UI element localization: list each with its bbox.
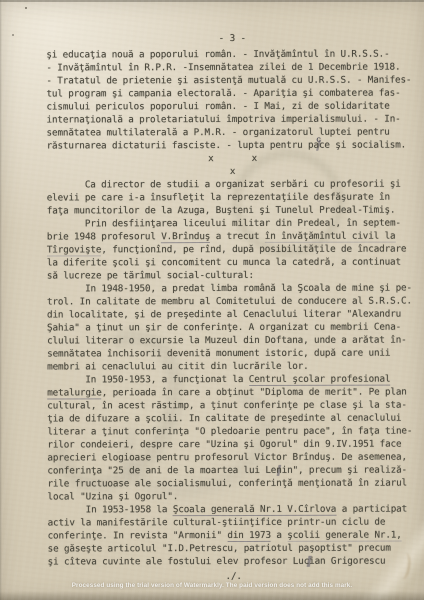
typed-text: Ca director de studii a organizat serbăr…	[47, 179, 401, 191]
hand-marked-text: pacec	[308, 140, 330, 151]
typed-text: membri ai cenaclului au citit din lucrăr…	[47, 361, 308, 373]
text-line: conferinţa "25 de ani de la moartea lui …	[47, 464, 419, 478]
text-line: trol. In calitate de membru al Comitetul…	[47, 295, 419, 309]
text-line: In 1948-1950, a predat limba română la Ş…	[47, 282, 419, 296]
scan-edge-bottom	[0, 591, 424, 600]
text-line: ţia de difuzare a şcolii. In calitate de…	[47, 412, 419, 426]
text-line: x x	[47, 152, 419, 166]
text-line: brie 1948 profesorul V.Brînduş a trecut …	[47, 230, 419, 244]
typed-text: In 1950-1953, a funcţionat la	[47, 374, 249, 386]
pencil-underlined-text: Centrul şcolar profesional	[249, 374, 391, 386]
text-line: Şahia" a ţinut un şir de conferinţe. A o…	[47, 321, 419, 335]
typed-text: semnătatea multilaterală a P.M.R. - orga…	[47, 127, 390, 139]
text-line: semnătatea multilaterală a P.M.R. - orga…	[47, 126, 419, 140]
typed-text: la diferite şcoli şi concomitent cu munc…	[47, 257, 401, 269]
typed-text: In 1948-1950, a predat limba română la Ş…	[47, 283, 412, 295]
text-line: clului literar o excursie la Muzeul din …	[47, 334, 419, 348]
text-line: Prin desfiinţarea liceului militar din P…	[47, 217, 419, 231]
typed-text: şi cîteva cuvinte ale fostului elev prof…	[48, 556, 293, 568]
typed-text: cultural, în acest răstimp, a ţinut conf…	[47, 400, 407, 412]
typed-text: a	[271, 530, 287, 541]
pencil-underlined-text: Tîrgovişte	[47, 244, 102, 256]
text-line: din localitate, şi de preşedinte al Cena…	[47, 308, 419, 322]
document-body: - 3 -şi educaţia nouă a poporului român.…	[46, 32, 419, 584]
typed-text: aprecieri elogioase pentru profesorul Vi…	[47, 452, 407, 464]
typed-text: In 1953-1958 la	[48, 504, 173, 515]
text-line: conferinţe. In revista "Armonii" din 197…	[48, 529, 420, 543]
text-line: membri ai cenaclului au citit din lucrăr…	[47, 360, 419, 374]
typed-text: Prin desfiinţarea liceului militar din P…	[47, 218, 401, 230]
text-line: - Invăţămîntul în R.P.R. -Insemnătatea z…	[46, 61, 418, 75]
paragraph-6: In 1953-1958 la Şcoala generală Nr.1 V.C…	[48, 503, 420, 569]
paragraph-4: In 1948-1950, a predat limba română la Ş…	[47, 282, 419, 374]
text-line: literar a ţinut conferinţa "O pledoarie …	[47, 425, 419, 439]
text-line: răsturnarea dictaturii fasciste. - lupta…	[47, 139, 419, 153]
text-line: semnătatea închisorii devenită monument …	[47, 347, 419, 361]
text-line: şi educaţia nouă a poporului român. - In…	[46, 48, 418, 62]
typed-text: ", precum şi realiză-	[293, 465, 407, 476]
text-line: x	[47, 165, 419, 179]
typed-text: şi educaţia nouă a poporului român. - In…	[46, 49, 389, 61]
typed-text: a trecut	[210, 231, 265, 242]
pencil-underlined-text: V.Brînduş	[161, 231, 210, 243]
ink-dot-2	[12, 34, 14, 36]
typed-text: din localitate, şi de preşedinte al Cena…	[47, 309, 401, 321]
hand-marked-text: Lenin	[265, 465, 292, 476]
scan-edge-left	[0, 0, 2, 600]
typed-text: elevii pe care i-a însufleţit la repreze…	[47, 192, 390, 204]
text-line: aprecieri elogioase pentru profesorul Vi…	[47, 451, 419, 465]
typed-text: rilor condeieri, despre care "Uzina şi O…	[47, 439, 401, 451]
text-line: Ca director de studii a organizat serbăr…	[47, 178, 419, 192]
text-line: local "Uzina şi Ogorul".	[47, 490, 419, 504]
typed-text: se găseşte articolul "I.D.Petrescu, patr…	[48, 543, 391, 555]
typed-text: , perioada în care a obţinut "Diploma de…	[102, 387, 407, 399]
pencil-underlined-text: Şcoala generală Nr.1 V.Cîrlova	[173, 504, 336, 516]
text-line: tul program şi campania electorală. - Ap…	[46, 87, 418, 101]
text-line: - 3 -	[46, 32, 418, 46]
text-line: cismului periculos poporului român. - I …	[46, 100, 418, 114]
scanned-page: - 3 -şi educaţia nouă a poporului român.…	[0, 0, 424, 600]
scan-edge-top	[0, 0, 424, 2]
typed-text: literar a ţinut conferinţa "O pledoarie …	[47, 426, 412, 438]
text-line: cultural, în acest răstimp, a ţinut conf…	[47, 399, 419, 413]
typed-text: trol. In calitate de membru al Comitetul…	[47, 296, 412, 308]
typed-text: ./.	[226, 571, 242, 582]
text-line: activ la manifestările cultural-ştiinţif…	[48, 516, 420, 530]
text-line: internaţională a proletariatului împotri…	[46, 113, 418, 127]
text-line: faţa muncitorilor de la Azuga, Buşteni ş…	[47, 204, 419, 218]
typed-text: a participat	[336, 504, 407, 515]
hand-marked-text: Lucian	[293, 556, 326, 567]
typed-text: conferinţa "25 de ani de la moartea lui	[47, 465, 265, 477]
typed-text: internaţională a proletariatului împotri…	[46, 114, 400, 126]
typed-text: clului literar o excursie la Muzeul din …	[47, 335, 407, 347]
typed-text: activ la manifestările cultural-ştiinţif…	[48, 517, 386, 529]
paragraph-3: Prin desfiinţarea liceului militar din P…	[47, 217, 419, 283]
text-line: şi cîteva cuvinte ale fostului elev prof…	[48, 555, 420, 569]
watermark-text: Processed using the trial version of Wat…	[72, 582, 353, 589]
text-line: la diferite şcoli şi concomitent cu munc…	[47, 256, 419, 270]
pencil-underlined-text: din 1973	[227, 530, 271, 542]
text-line: Tîrgovişte, funcţionînd, pe rînd, după p…	[47, 243, 419, 257]
text-line: se găseşte articolul "I.D.Petrescu, patr…	[48, 542, 420, 556]
typed-text: - 3 -	[219, 33, 246, 44]
typed-text: brie 1948 profesorul	[47, 231, 161, 242]
typed-text: să lucreze pe tărîmul social-cultural:	[47, 270, 254, 282]
text-line: metalurgie, perioada în care a obţinut "…	[47, 386, 419, 400]
typed-text: ţia de difuzare a şcolii. In calitate de…	[47, 413, 401, 425]
typed-text: conferinţe. In revista "Armonii"	[48, 530, 228, 541]
typed-text: x x	[208, 153, 257, 164]
typed-separator: x xx	[47, 152, 419, 179]
text-line: In 1953-1958 la Şcoala generală Nr.1 V.C…	[48, 503, 420, 517]
text-line: rile fructuoase ale socialismului, confe…	[47, 477, 419, 491]
paragraph-1: şi educaţia nouă a poporului român. - In…	[46, 48, 418, 153]
typed-text: , funcţionînd, pe rînd, după posibilităţ…	[101, 244, 406, 256]
paragraph-2: Ca director de studii a organizat serbăr…	[47, 178, 419, 218]
typed-text: cismului periculos poporului român. - I …	[46, 101, 389, 113]
ink-dot-1	[25, 7, 27, 9]
text-line: să lucreze pe tărîmul social-cultural:	[47, 269, 419, 283]
pencil-underlined-text: şcolii generale Nr.1,	[287, 530, 401, 542]
typed-text: răsturnarea dictaturii fasciste. - lupta…	[47, 140, 308, 152]
typed-text: faţa muncitorilor de la Azuga, Buşteni ş…	[47, 205, 396, 217]
typed-text: local "Uzina şi Ogorul".	[47, 491, 178, 502]
typed-text: Şahia" a ţinut un şir de conferinţe. A o…	[47, 322, 401, 334]
pencil-underlined-text: metalurgie	[47, 387, 102, 399]
text-line: elevii pe care i-a însufleţit la repreze…	[47, 191, 419, 205]
typed-text: Grigorescu	[325, 556, 385, 567]
typed-text: tul program şi campania electorală. - Ap…	[46, 88, 400, 100]
page-number: - 3 -	[46, 32, 418, 46]
typed-text: - Invăţămîntul în R.P.R. -Insemnătatea z…	[46, 62, 400, 74]
typed-text: şi socialism.	[330, 140, 406, 151]
typed-text: x	[230, 166, 235, 177]
text-line: - Tratatul de prietenie şi asistenţă mut…	[46, 74, 418, 88]
paragraph-5: In 1950-1953, a funcţionat la Centrul şc…	[47, 373, 419, 504]
typed-text: - Tratatul de prietenie şi asistenţă mut…	[46, 75, 411, 87]
text-line: In 1950-1953, a funcţionat la Centrul şc…	[47, 373, 419, 387]
typed-text: semnătatea închisorii devenită monument …	[47, 348, 390, 360]
handwritten-correction: c	[316, 133, 320, 146]
pencil-underlined-text: în învăţămîntul civil la	[265, 231, 396, 243]
text-line: rilor condeieri, despre care "Uzina şi O…	[47, 438, 419, 452]
typed-text: rile fructuoase ale socialismului, confe…	[47, 478, 407, 490]
